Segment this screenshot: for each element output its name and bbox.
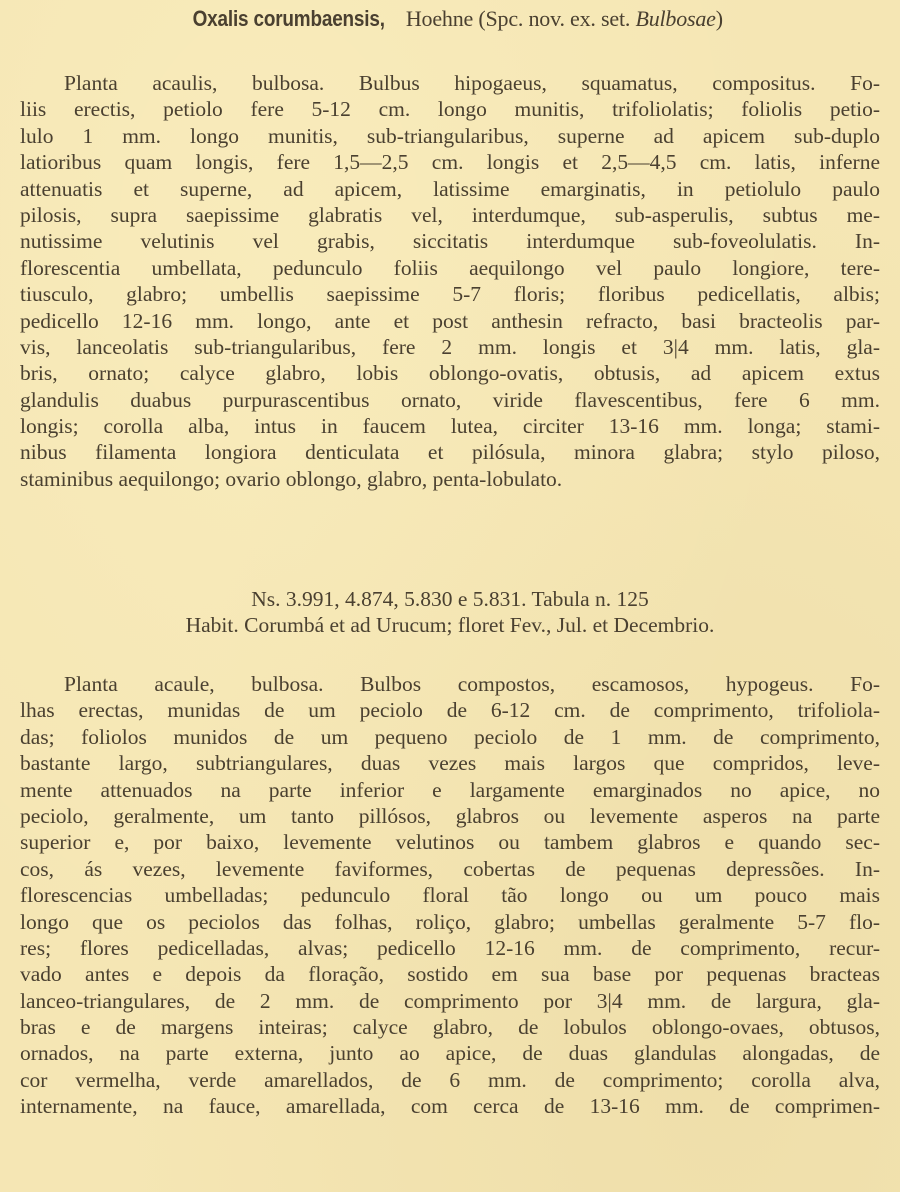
habitat-line: Habit. Corumbá et ad Urucum; floret Fev.… (0, 612, 900, 638)
species-name: Oxalis corumbaensis, (193, 6, 385, 32)
portuguese-description: Planta acaule, bulbosa. Bulbos compostos… (20, 671, 880, 1120)
text-line: cos, ás vezes, levemente faviformes, cob… (20, 856, 880, 882)
text-line: lulo 1 mm. longo munitis, sub-triangular… (20, 123, 880, 149)
section-name: Bulbosae (635, 6, 715, 31)
text-line: vis, lanceolatis sub-triangularibus, fer… (20, 334, 880, 360)
text-line: internamente, na fauce, amarellada, com … (20, 1093, 880, 1119)
text-line: pedicello 12-16 mm. longo, ante et post … (20, 308, 880, 334)
specimen-info: Ns. 3.991, 4.874, 5.830 e 5.831. Tabula … (0, 586, 900, 638)
text-line: res; flores pedicelladas, alvas; pedicel… (20, 935, 880, 961)
text-line: bris, ornato; calyce glabro, lobis oblon… (20, 360, 880, 386)
text-line: Planta acaule, bulbosa. Bulbos compostos… (20, 671, 880, 697)
text-line: mente attenuados na parte inferior e lar… (20, 777, 880, 803)
text-line: cor vermelha, verde amarellados, de 6 mm… (20, 1067, 880, 1093)
text-line: pilosis, supra saepissime glabratis vel,… (20, 202, 880, 228)
text-line: Planta acaulis, bulbosa. Bulbus hipogaeu… (20, 70, 880, 96)
text-line: superior e, por baixo, levemente velutin… (20, 829, 880, 855)
scanned-page: Oxalis corumbaensis, Hoehne (Spc. nov. e… (0, 0, 900, 1192)
text-line: florescentia umbellata, pedunculo foliis… (20, 255, 880, 281)
text-line: attenuatis et superne, ad apicem, latiss… (20, 176, 880, 202)
text-line: nibus filamenta longiora denticulata et … (20, 439, 880, 465)
specimen-numbers: Ns. 3.991, 4.874, 5.830 e 5.831. Tabula … (0, 586, 900, 612)
text-line: lanceo-triangulares, de 2 mm. de comprim… (20, 988, 880, 1014)
species-heading: Oxalis corumbaensis, Hoehne (Spc. nov. e… (0, 6, 900, 32)
latin-description: Planta acaulis, bulbosa. Bulbus hipogaeu… (20, 70, 880, 492)
text-line: liis erectis, petiolo fere 5-12 cm. long… (20, 96, 880, 122)
text-line: latioribus quam longis, fere 1,5—2,5 cm.… (20, 149, 880, 175)
text-line: longis; corolla alba, intus in faucem lu… (20, 413, 880, 439)
text-line: lhas erectas, munidas de um peciolo de 6… (20, 697, 880, 723)
species-author: Hoehne (Spc. nov. ex. set. (401, 6, 636, 31)
text-line: tiusculo, glabro; umbellis saepissime 5-… (20, 281, 880, 307)
text-line: staminibus aequilongo; ovario oblongo, g… (20, 466, 880, 492)
text-line: bastante largo, subtriangulares, duas ve… (20, 750, 880, 776)
heading-close-paren: ) (716, 6, 723, 31)
text-line: glandulis duabus purpurascentibus ornato… (20, 387, 880, 413)
text-line: bras e de margens inteiras; calyce glabr… (20, 1014, 880, 1040)
text-line: longo que os peciolos das folhas, roliço… (20, 909, 880, 935)
text-line: vado antes e depois da floração, sostido… (20, 961, 880, 987)
text-line: ornados, na parte externa, junto ao apic… (20, 1040, 880, 1066)
text-line: nutissime velutinis vel grabis, siccitat… (20, 228, 880, 254)
text-line: das; foliolos munidos de um pequeno peci… (20, 724, 880, 750)
text-line: florescencias umbelladas; pedunculo flor… (20, 882, 880, 908)
text-line: peciolo, geralmente, um tanto pillósos, … (20, 803, 880, 829)
